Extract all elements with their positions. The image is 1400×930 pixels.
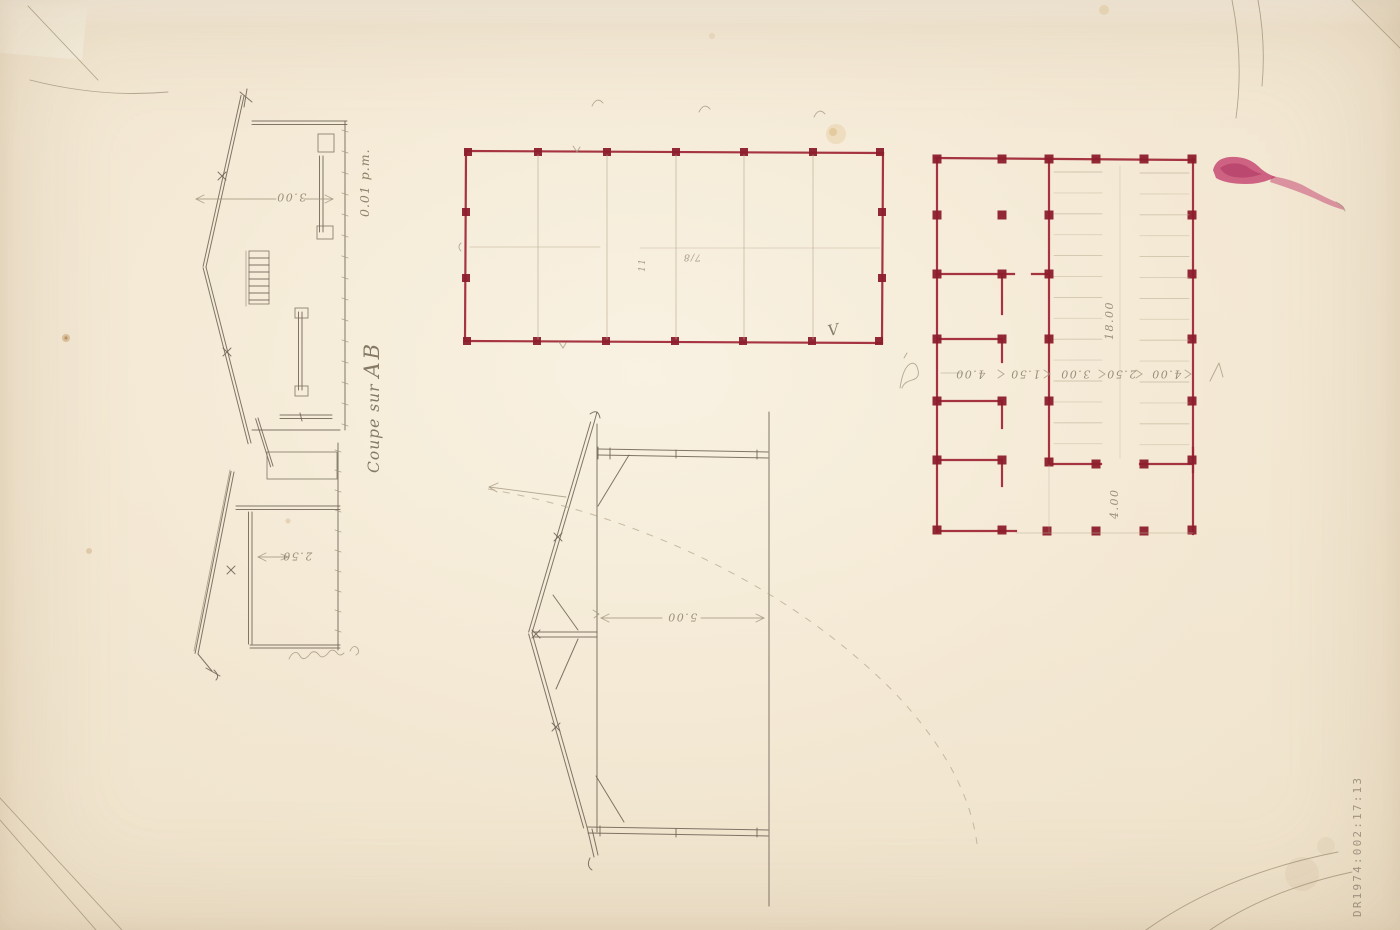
dim-plan-row-2: 1.50 xyxy=(1010,368,1041,381)
pink-ink-smear xyxy=(1213,157,1345,211)
dim-plan-row-3: 3.00 xyxy=(1060,368,1091,381)
dim-plan-row-1: 4.00 xyxy=(955,368,986,381)
section-title-prefix: Coupe sur xyxy=(365,383,383,473)
section-drawing-coupe-ab xyxy=(194,89,359,680)
scale-note: 0.01 p.m. xyxy=(357,148,372,217)
section-title-suffix: AB xyxy=(360,341,384,378)
dim-section-width: 3.00 xyxy=(276,191,307,204)
pencil-mark-a: 11 xyxy=(637,258,648,272)
roof-truss-elevation xyxy=(488,412,977,906)
linework-canvas xyxy=(0,0,1400,930)
dim-plan-depth: 18.00 xyxy=(1103,301,1116,340)
pencil-mark-b: 7/8 xyxy=(683,252,701,263)
drawing-sheet: 0.01 p.m. Coupe sur AB 3.00 2.50 5.00 4.… xyxy=(0,0,1400,930)
archive-reference-number: DR1974:002:17:13 xyxy=(1351,776,1364,917)
dim-shed-width: 2.50 xyxy=(282,550,313,563)
dim-plan-bay: 4.00 xyxy=(1108,489,1121,520)
stable-floor-plan xyxy=(900,155,1223,536)
dim-plan-row-5: 4.00 xyxy=(1151,368,1182,381)
dim-plan-row-4: 2.50 xyxy=(1106,368,1137,381)
dim-truss-span: 5.00 xyxy=(667,611,698,624)
section-title: Coupe sur AB xyxy=(360,341,384,473)
columned-hall-plan xyxy=(459,100,886,348)
